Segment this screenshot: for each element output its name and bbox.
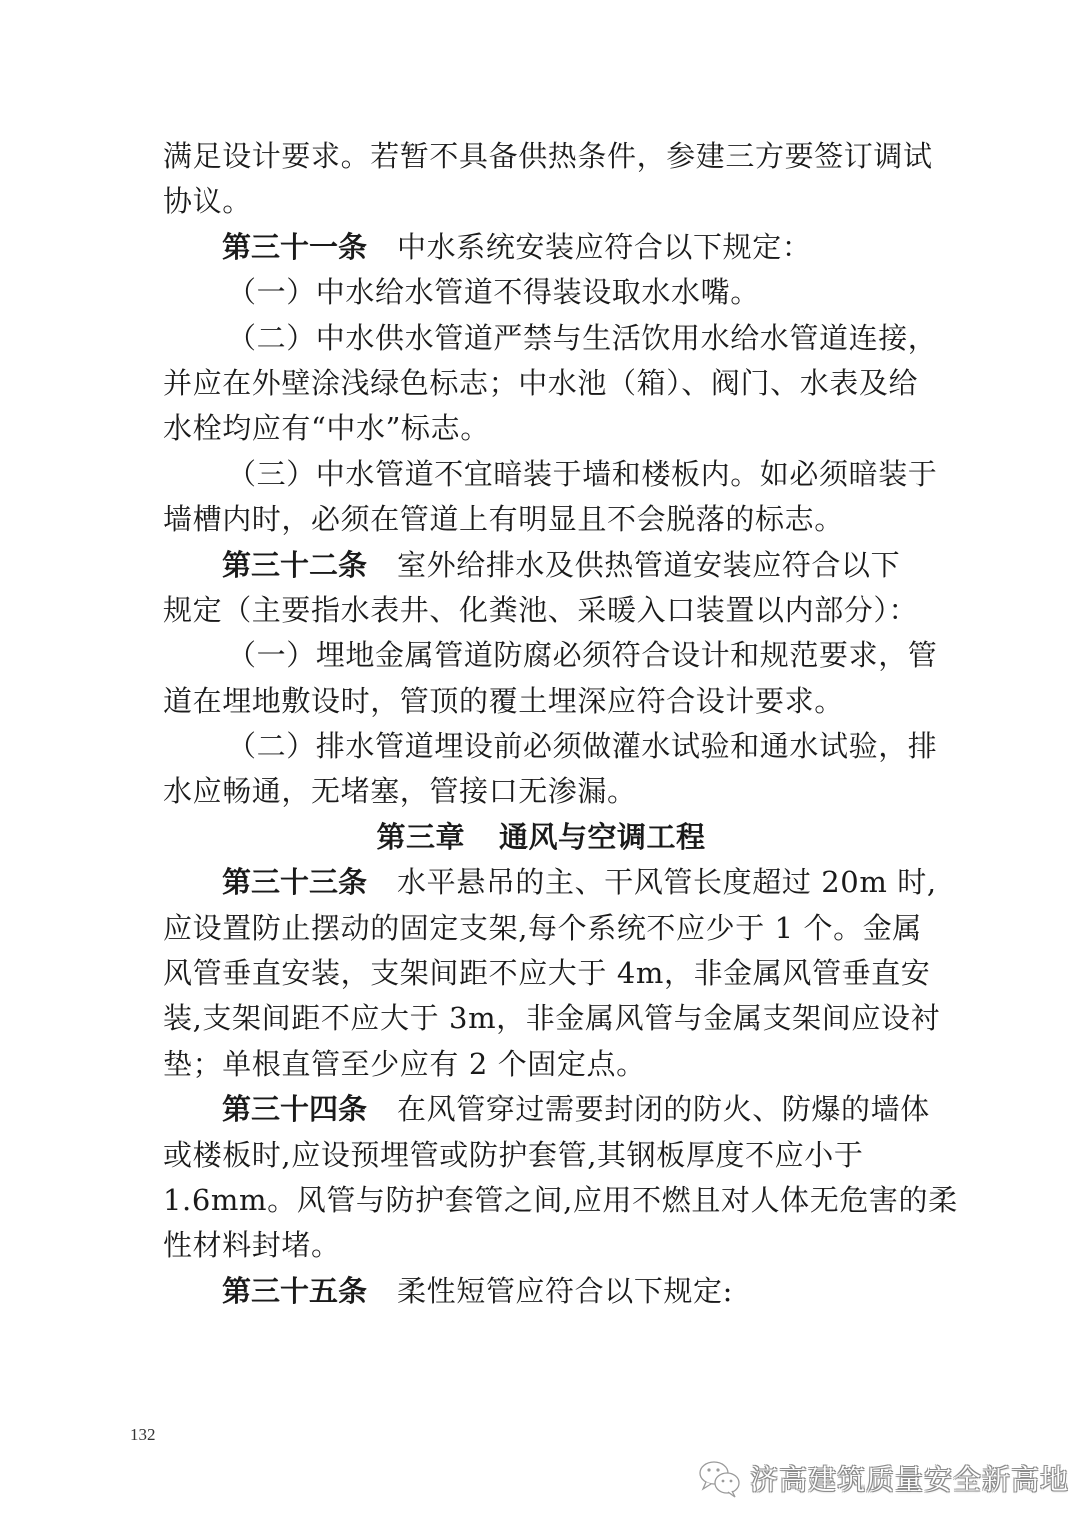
paragraph-line: 装,支架间距不应大于 3m，非金属风管与金属支架间应设衬	[163, 996, 919, 1041]
chapter-number: 第三章	[376, 820, 465, 854]
article-heading: 第三十一条	[222, 230, 367, 264]
article-text: 中水系统安装应符合以下规定：	[397, 230, 811, 264]
paragraph-line: 水栓均应有“中水”标志。	[163, 406, 919, 451]
article-text: 柔性短管应符合以下规定:	[397, 1274, 733, 1308]
chapter-title: 通风与空调工程	[499, 820, 706, 854]
paragraph-line: 墙槽内时，必须在管道上有明显且不会脱落的标志。	[163, 497, 919, 542]
paragraph-line: 应设置防止摆动的固定支架,每个系统不应少于 1 个。金属	[163, 906, 919, 951]
chapter-heading: 第三章通风与空调工程	[163, 815, 919, 860]
paragraph-line: 水应畅通，无堵塞，管接口无渗漏。	[163, 769, 919, 814]
article-31: 第三十一条中水系统安装应符合以下规定：	[163, 225, 919, 270]
article-33: 第三十三条水平悬吊的主、干风管长度超过 20m 时,	[163, 860, 919, 905]
article-text: 室外给排水及供热管道安装应符合以下	[397, 548, 900, 582]
page-number: 132	[130, 1425, 156, 1445]
paragraph-line: 道在埋地敷设时，管顶的覆土埋深应符合设计要求。	[163, 679, 919, 724]
list-item: （一）埋地金属管道防腐必须符合设计和规范要求，管	[163, 633, 919, 678]
article-heading: 第三十四条	[222, 1092, 367, 1126]
wechat-icon	[698, 1458, 742, 1498]
paragraph-line: 规定（主要指水表井、化粪池、采暖入口装置以内部分）：	[163, 588, 919, 633]
document-page: 满足设计要求。若暂不具备供热条件，参建三方要签订调试 协议。 第三十一条中水系统…	[0, 0, 1080, 1527]
paragraph-line: 或楼板时,应设预埋管或防护套管,其钢板厚度不应小于	[163, 1133, 919, 1178]
paragraph-line: 协议。	[163, 179, 919, 224]
article-32: 第三十二条室外给排水及供热管道安装应符合以下	[163, 543, 919, 588]
article-34: 第三十四条在风管穿过需要封闭的防火、防爆的墙体	[163, 1087, 919, 1132]
list-item: （二）中水供水管道严禁与生活饮用水给水管道连接，	[163, 316, 919, 361]
paragraph-line: 1.6mm。风管与防护套管之间,应用不燃且对人体无危害的柔	[163, 1178, 919, 1223]
watermark-text: 济高建筑质量安全新高地	[750, 1458, 1069, 1498]
list-item: （二）排水管道埋设前必须做灌水试验和通水试验，排	[163, 724, 919, 769]
list-item: （一）中水给水管道不得装设取水水嘴。	[163, 270, 919, 315]
article-heading: 第三十二条	[222, 548, 367, 582]
paragraph-line: 垫；单根直管至少应有 2 个固定点。	[163, 1042, 919, 1087]
article-text: 水平悬吊的主、干风管长度超过 20m 时,	[397, 865, 937, 899]
paragraph-line: 风管垂直安装，支架间距不应大于 4m，非金属风管垂直安	[163, 951, 919, 996]
paragraph-line: 满足设计要求。若暂不具备供热条件，参建三方要签订调试	[163, 134, 919, 179]
watermark: 济高建筑质量安全新高地	[698, 1456, 1069, 1500]
article-35: 第三十五条柔性短管应符合以下规定:	[163, 1269, 919, 1314]
article-text: 在风管穿过需要封闭的防火、防爆的墙体	[397, 1092, 930, 1126]
article-heading: 第三十五条	[222, 1274, 367, 1308]
document-body: 满足设计要求。若暂不具备供热条件，参建三方要签订调试 协议。 第三十一条中水系统…	[163, 134, 919, 1314]
paragraph-line: 并应在外壁涂浅绿色标志；中水池（箱）、阀门、水表及给	[163, 361, 919, 406]
paragraph-line: 性材料封堵。	[163, 1223, 919, 1268]
article-heading: 第三十三条	[222, 865, 367, 899]
list-item: （三）中水管道不宜暗装于墙和楼板内。如必须暗装于	[163, 452, 919, 497]
